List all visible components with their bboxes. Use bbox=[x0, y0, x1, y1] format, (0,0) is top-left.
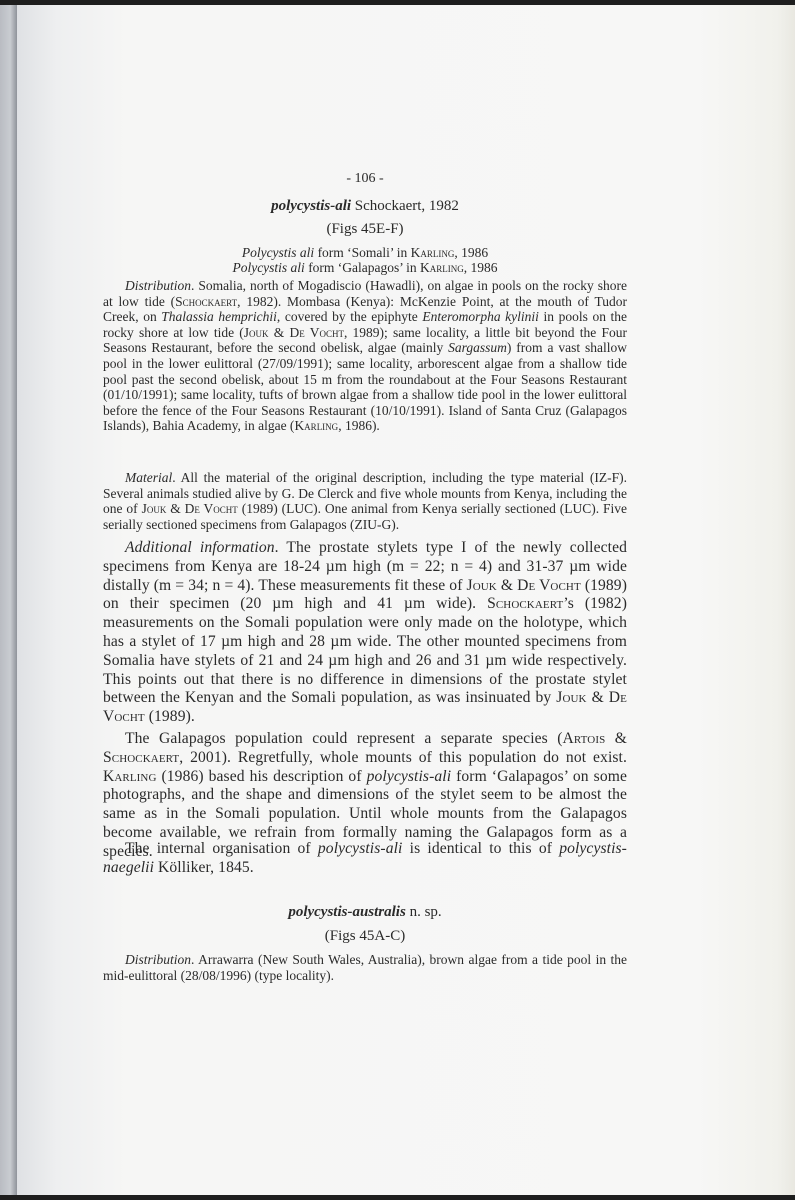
book-gutter bbox=[0, 5, 17, 1195]
species-author: Schockaert, 1982 bbox=[355, 198, 459, 214]
distribution-paragraph: Distribution. Somalia, north of Mogadisc… bbox=[103, 278, 627, 434]
synonym-list: Polycystis ali form ‘Somali’ in Karling,… bbox=[103, 245, 627, 275]
species-heading-1: polycystis-ali Schockaert, 1982 bbox=[103, 198, 627, 215]
synonym-item: Polycystis ali form ‘Somali’ in Karling,… bbox=[103, 245, 627, 260]
internal-organisation-paragraph: The internal organisation of polycystis-… bbox=[103, 840, 627, 878]
species-name: polycystis-ali bbox=[271, 198, 351, 214]
species-heading-2: polycystis-australis n. sp. bbox=[103, 904, 627, 921]
material-paragraph: Material. All the material of the origin… bbox=[103, 470, 627, 532]
additional-information-paragraph: Additional information. The prostate sty… bbox=[103, 539, 627, 727]
species-name: polycystis-australis bbox=[288, 904, 406, 920]
synonym-item: Polycystis ali form ‘Galapagos’ in Karli… bbox=[103, 260, 627, 275]
species-author: n. sp. bbox=[410, 904, 442, 920]
distribution-paragraph-2: Distribution. Arrawarra (New South Wales… bbox=[103, 952, 627, 983]
page-number: - 106 - bbox=[103, 171, 627, 187]
figure-reference-2: (Figs 45A-C) bbox=[103, 928, 627, 945]
figure-reference-1: (Figs 45E-F) bbox=[103, 221, 627, 238]
scan-bottom-edge bbox=[0, 1195, 795, 1200]
